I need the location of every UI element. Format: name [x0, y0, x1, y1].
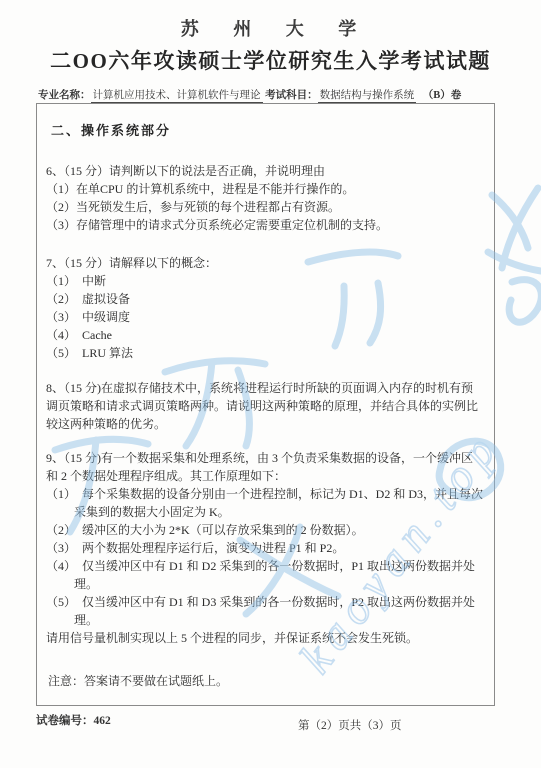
meta-line: 专业名称：计算机应用技术、计算机软件与理论 考试科目：数据结构与操作系统 （B）…	[38, 87, 508, 102]
question-8-stem: 8、（15 分)在虚拟存储技术中，系统将进程运行时所缺的页面调入内存的时机有预调…	[46, 379, 483, 433]
question-7-stem: 7、（15 分）请解释以下的概念：	[46, 254, 483, 272]
question-6-items: （1）在单CPU 的计算机系统中，进程是不能并行操作的。 （2）当死锁发生后，参…	[46, 180, 483, 234]
watermark-stroke	[502, 188, 538, 268]
question-item: （2） 缓冲区的大小为 2*K（可以存放采集到的 2 份数据）。	[46, 521, 483, 539]
question-item: （3）存储管理中的请求式分页系统必定需要重定位机制的支持。	[46, 216, 483, 234]
paper-variant: （B）卷	[423, 90, 462, 101]
question-item: （3） 中级调度	[46, 308, 483, 326]
watermark-stroke	[492, 195, 528, 248]
question-item: （1） 中断	[46, 272, 483, 290]
question-7-items: （1） 中断 （2） 虚拟设备 （3） 中级调度 （4） Cache （5） L…	[46, 272, 483, 362]
exam-paper-page: 苏 州 大 学 二OO六年攻读硕士学位研究生入学考试试题 专业名称：计算机应用技…	[0, 0, 541, 768]
question-item: （5） LRU 算法	[46, 344, 483, 362]
question-8: 8、（15 分)在虚拟存储技术中，系统将进程运行时所缺的页面调入内存的时机有预调…	[46, 379, 483, 433]
question-6: 6、（15 分）请判断以下的说法是否正确，并说明理由 （1）在单CPU 的计算机…	[46, 162, 483, 234]
question-item: （1） 每个采集数据的设备分别由一个进程控制，标记为 D1、D2 和 D3，并且…	[46, 485, 483, 521]
question-box: 二、操作系统部分 6、（15 分）请判断以下的说法是否正确，并说明理由 （1）在…	[36, 103, 495, 706]
question-9-closing: 请用信号量机制实现以上 5 个进程的同步，并保证系统不会发生死锁。	[46, 629, 483, 647]
question-item: （4） 仅当缓冲区中有 D1 和 D2 采集到的各一份数据时，P1 取出这两份数…	[46, 557, 483, 593]
paper-number: 试卷编号：462	[36, 712, 111, 728]
question-6-stem: 6、（15 分）请判断以下的说法是否正确，并说明理由	[46, 162, 483, 180]
page-indicator: 第（2）页共（3）页	[298, 717, 402, 733]
question-9-items: （1） 每个采集数据的设备分别由一个进程控制，标记为 D1、D2 和 D3，并且…	[46, 485, 483, 629]
question-item: （5） 仅当缓冲区中有 D1 和 D3 采集到的各一份数据时，P2 取出这两份数…	[46, 593, 483, 629]
question-item: （3） 两个数据处理程序运行后，演变为进程 P1 和 P2。	[46, 539, 483, 557]
question-9: 9、（15 分)有一个数据采集和处理系统，由 3 个负责采集数据的设备，一个缓冲…	[46, 449, 483, 647]
subject-value: 数据结构与操作系统	[318, 90, 417, 103]
watermark-stroke	[509, 280, 541, 323]
question-item: （2） 虚拟设备	[46, 290, 483, 308]
section-heading: 二、操作系统部分	[51, 122, 483, 140]
question-item: （1）在单CPU 的计算机系统中，进程是不能并行操作的。	[46, 180, 483, 198]
major-value: 计算机应用技术、计算机软件与理论	[91, 90, 263, 103]
subject-label: 考试科目：	[265, 90, 318, 101]
exam-title: 二OO六年攻读硕士学位研究生入学考试试题	[0, 45, 541, 75]
university-name: 苏 州 大 学	[0, 15, 541, 41]
question-9-stem: 9、（15 分)有一个数据采集和处理系统，由 3 个负责采集数据的设备，一个缓冲…	[46, 449, 483, 485]
major-label: 专业名称：	[38, 90, 91, 101]
question-7: 7、（15 分）请解释以下的概念： （1） 中断 （2） 虚拟设备 （3） 中级…	[46, 254, 483, 362]
note-line: 注意：答案请不要做在试题纸上。	[48, 672, 228, 690]
watermark-stroke	[488, 252, 541, 271]
question-item: （4） Cache	[46, 326, 483, 344]
question-item: （2）当死锁发生后，参与死锁的每个进程都占有资源。	[46, 198, 483, 216]
